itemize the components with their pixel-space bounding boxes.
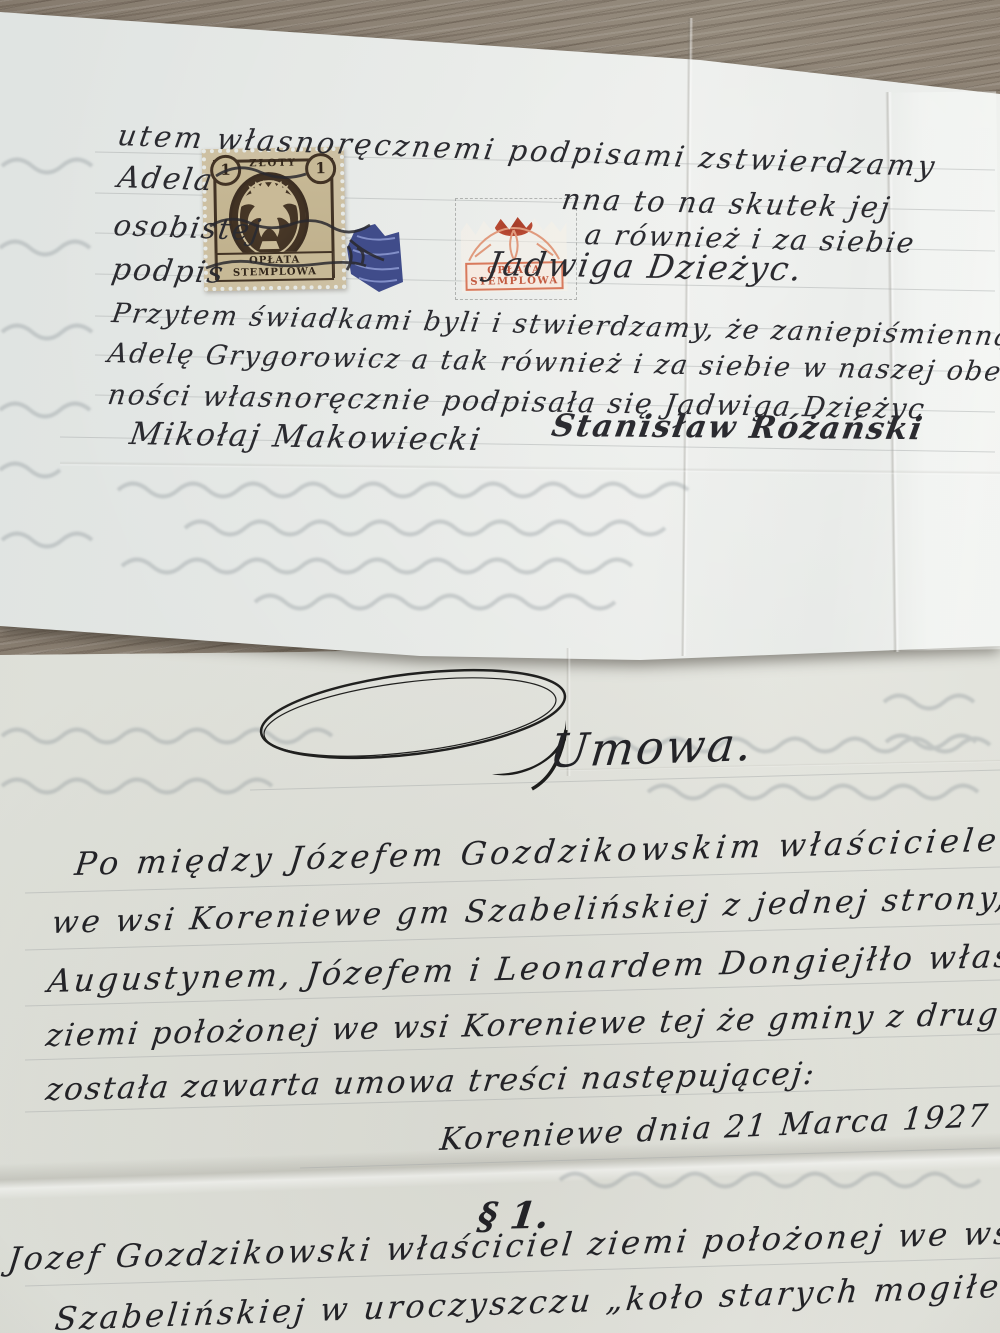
handwritten-line: osobistej: [111, 208, 265, 247]
stamp-caption: OPŁATA STEMPLOWA: [216, 251, 334, 282]
handwritten-line: podpis: [109, 252, 227, 291]
document-photo: 1 1 ZŁOTY OPŁATA STEMPLOWA: [0, 0, 1000, 1333]
contract-title: Umowa.: [547, 717, 756, 778]
title-flourish: [248, 668, 588, 798]
witness-signature-right: Stanisław Różański: [549, 408, 926, 447]
handwritten-line: Jadwiga Dzieżyc.: [485, 244, 806, 288]
stamp-caption-line1: OPŁATA: [249, 255, 300, 267]
blue-stamp-fragment: [345, 222, 407, 294]
stamp-caption-line2: STEMPLOWA: [233, 266, 317, 278]
handwritten-line: Adela: [115, 160, 217, 198]
witness-signature-left: Mikołaj Makowiecki: [127, 416, 484, 458]
